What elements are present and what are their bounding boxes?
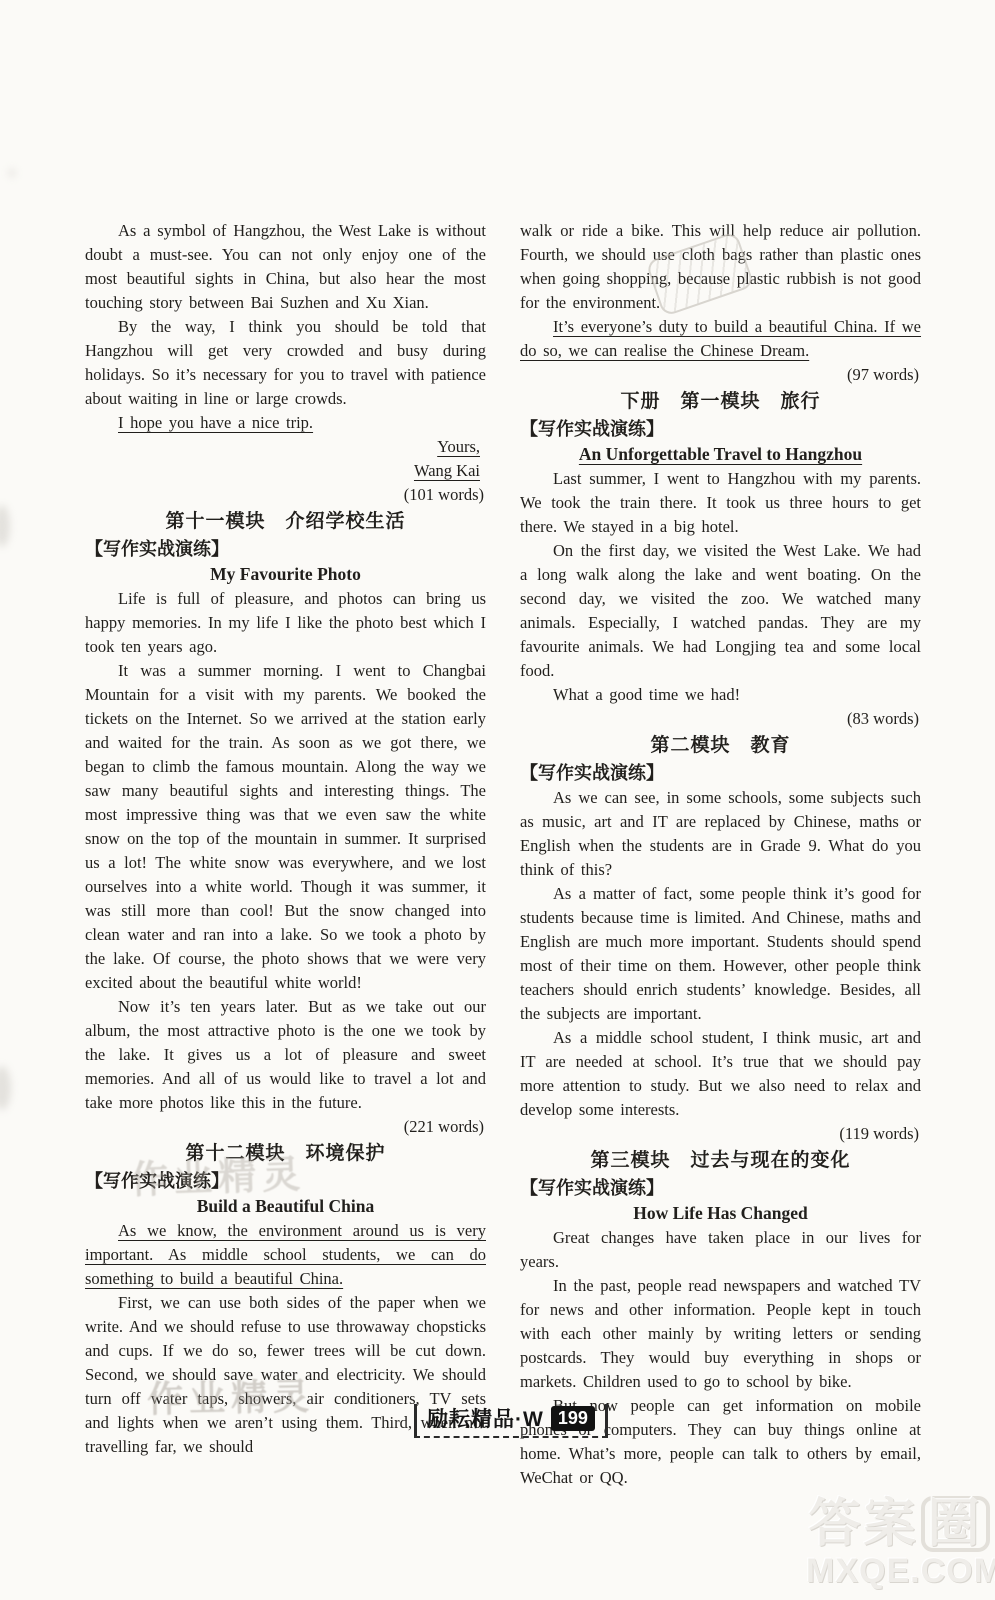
- module-header: 第二模块 教育: [520, 733, 921, 759]
- scan-artifact: [8, 168, 16, 178]
- scanned-answer-page: As a symbol of Hangzhou, the West Lake i…: [0, 0, 995, 1600]
- word-count: (97 words): [520, 363, 921, 387]
- essay-paragraph: By the way, I think you should be told t…: [85, 315, 486, 411]
- answer-circle-logo: 答案圈: [806, 1496, 992, 1552]
- scan-artifact: [0, 505, 10, 547]
- essay-paragraph: It was a summer morning. I went to Chang…: [85, 659, 486, 995]
- word-count: (119 words): [520, 1122, 921, 1146]
- essay-title: How Life Has Changed: [520, 1201, 921, 1226]
- answer-site-url: MXQE.COM: [806, 1552, 992, 1590]
- scan-artifact: [0, 1066, 11, 1110]
- module-header: 第十一模块 介绍学校生活: [85, 509, 486, 535]
- page-number-badge: 199: [551, 1406, 595, 1431]
- section-label: 【写作实战演练】: [520, 761, 921, 786]
- essay-paragraph: As we can see, in some schools, some sub…: [520, 786, 921, 882]
- right-column: walk or ride a bike. This will help redu…: [520, 219, 921, 1490]
- word-count: (83 words): [520, 707, 921, 731]
- word-count: (101 words): [85, 483, 486, 507]
- homework-app-watermark: 作业精灵: [147, 1369, 316, 1423]
- section-label: 【写作实战演练】: [520, 417, 921, 442]
- essay-paragraph: Great changes have taken place in our li…: [520, 1226, 921, 1274]
- module-header: 第三模块 过去与现在的变化: [520, 1148, 921, 1174]
- section-label: 【写作实战演练】: [85, 537, 486, 562]
- essay-paragraph: Last summer, I went to Hangzhou with my …: [520, 467, 921, 539]
- left-column: As a symbol of Hangzhou, the West Lake i…: [85, 219, 486, 1459]
- section-label: 【写作实战演练】: [520, 1176, 921, 1201]
- word-count: (221 words): [85, 1115, 486, 1139]
- signature-line: Yours,: [85, 435, 486, 459]
- module-header: 下册 第一模块 旅行: [520, 389, 921, 415]
- essay-paragraph: Now it’s ten years later. But as we take…: [85, 995, 486, 1115]
- circle-character: 圈: [921, 1496, 990, 1552]
- page-footer: 励耘精品·W 199: [414, 1404, 608, 1438]
- essay-paragraph: As a matter of fact, some people think i…: [520, 882, 921, 1026]
- essay-paragraph: On the first day, we visited the West La…: [520, 539, 921, 683]
- essay-title: An Unforgettable Travel to Hangzhou: [520, 442, 921, 467]
- essay-paragraph: As a symbol of Hangzhou, the West Lake i…: [85, 219, 486, 315]
- essay-paragraph: As we know, the environment around us is…: [85, 1219, 486, 1291]
- essay-paragraph: As a middle school student, I think musi…: [520, 1026, 921, 1122]
- essay-paragraph: I hope you have a nice trip.: [85, 411, 486, 435]
- essay-paragraph: What a good time we had!: [520, 683, 921, 707]
- essay-paragraph: Life is full of pleasure, and photos can…: [85, 587, 486, 659]
- homework-app-watermark: 作业精灵: [129, 1143, 307, 1204]
- essay-title: My Favourite Photo: [85, 562, 486, 587]
- essay-paragraph: It’s everyone’s duty to build a beautifu…: [520, 315, 921, 363]
- brand-logo: 励耘精品·W: [427, 1403, 544, 1433]
- essay-paragraph: In the past, people read newspapers and …: [520, 1274, 921, 1394]
- answer-site-watermark: 答案圈 MXQE.COM: [806, 1496, 992, 1590]
- signature-line: Wang Kai: [85, 459, 486, 483]
